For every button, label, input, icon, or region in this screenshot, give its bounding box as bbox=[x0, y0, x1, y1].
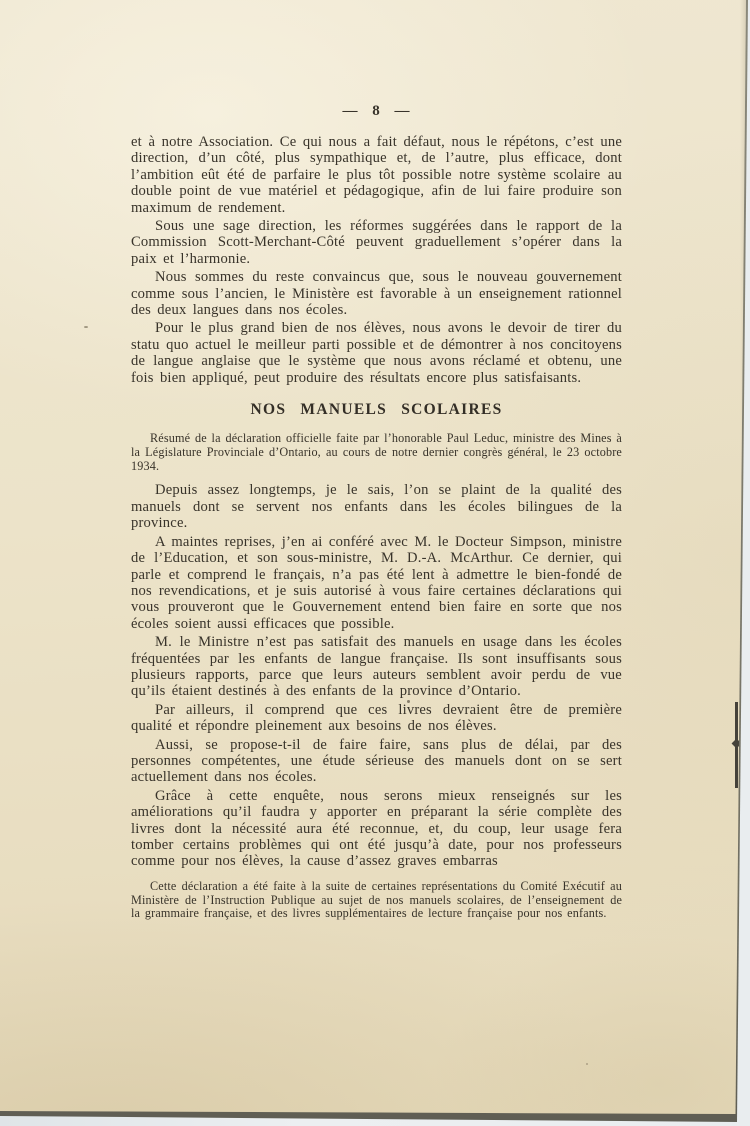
paper-speck bbox=[586, 1063, 588, 1065]
footnote: Cette déclaration a été faite à la suite… bbox=[131, 880, 622, 921]
paragraph: Aussi, se propose-t-il de faire faire, s… bbox=[131, 737, 622, 786]
section-heading: NOS MANUELS SCOLAIRES bbox=[131, 401, 622, 419]
margin-ink-mark bbox=[735, 702, 738, 788]
paragraph: Nous sommes du reste convaincus que, sou… bbox=[131, 269, 622, 318]
page-content: — 8 — et à notre Association. Ce qui nou… bbox=[131, 103, 622, 923]
paper-speck bbox=[84, 326, 88, 328]
paragraph: Depuis assez longtemps, je le sais, l’on… bbox=[131, 482, 622, 531]
page-number: — 8 — bbox=[131, 103, 622, 120]
paragraph: M. le Ministre n’est pas satisfait des m… bbox=[131, 634, 622, 700]
paragraph: Sous une sage direction, les réformes su… bbox=[131, 218, 622, 267]
section-lede: Résumé de la déclaration officielle fait… bbox=[131, 432, 622, 473]
paragraph: A maintes reprises, j’en ai conféré avec… bbox=[131, 534, 622, 632]
paragraph: Par ailleurs, il comprend que ces livres… bbox=[131, 702, 622, 735]
paragraph: Pour le plus grand bien de nos élèves, n… bbox=[131, 320, 622, 386]
scanned-page: — 8 — et à notre Association. Ce qui nou… bbox=[0, 0, 748, 1118]
paragraph: Grâce à cette enquête, nous serons mieux… bbox=[131, 788, 622, 870]
paragraph: et à notre Association. Ce qui nous a fa… bbox=[131, 134, 622, 216]
